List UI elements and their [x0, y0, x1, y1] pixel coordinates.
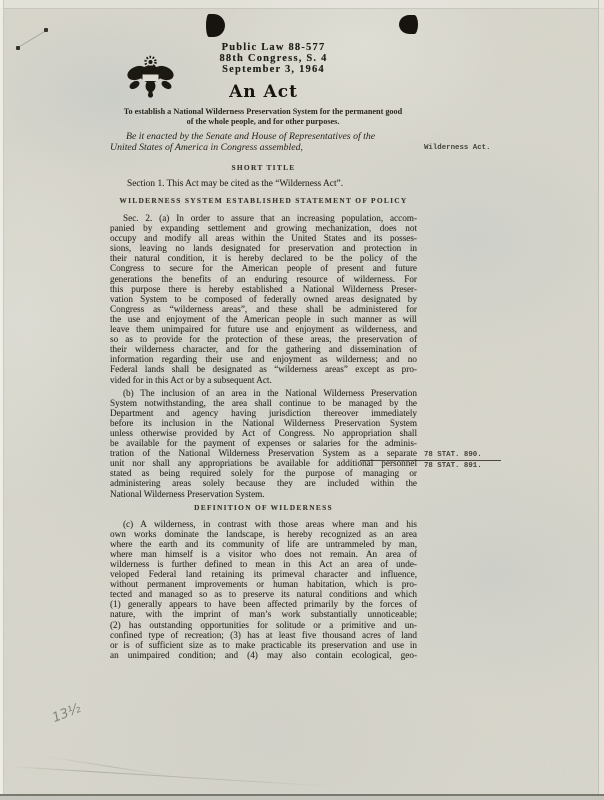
- print-line: be available for the payment of expenses…: [110, 438, 417, 448]
- print-line: panied by expanding settlement and growi…: [110, 223, 417, 233]
- preamble-line: To establish a National Wilderness Prese…: [103, 107, 423, 117]
- paragraph-sec-2c: (c) A wilderness, in contrast with those…: [110, 519, 417, 660]
- print-line: Congress as “wilderness areas”, and thes…: [110, 304, 417, 314]
- margin-note-stat-891: 78 STAT. 891.: [424, 462, 482, 470]
- enacting-clause: Be it enacted by the Senate and House of…: [110, 132, 417, 154]
- print-line: information regarding their use and enjo…: [110, 354, 417, 364]
- punch-hole-right: [399, 15, 418, 34]
- print-line: unit nor shall any appropriations be ava…: [110, 458, 417, 468]
- print-line: without permanent improvements or human …: [110, 579, 417, 589]
- print-line: before its inclusion in the National Wil…: [110, 418, 417, 428]
- print-line: tected and managed so as to preserve its…: [110, 589, 417, 599]
- print-line: tration of the National Wilderness Prese…: [110, 448, 417, 458]
- print-line: generations the benefits of an enduring …: [110, 274, 417, 284]
- margin-note-stat-890: 78 STAT. 890.: [424, 451, 482, 459]
- print-line: where the earth and its community of lif…: [110, 539, 417, 549]
- scan-edge-right: [598, 0, 604, 800]
- print-line: sions, leaving no lands designated for p…: [110, 243, 417, 253]
- scan-edge-bottom: [0, 794, 604, 800]
- print-line: (1) generally appears to have been affec…: [110, 599, 417, 609]
- enacting-line: United States of America in Congress ass…: [110, 143, 417, 154]
- print-line: wilderness is further defined to mean in…: [110, 559, 417, 569]
- preamble: To establish a National Wilderness Prese…: [103, 107, 423, 126]
- act-title: An Act: [110, 82, 417, 102]
- scan-edge-top: [0, 0, 604, 9]
- print-line: Sec. 2. (a) In order to assure that an i…: [110, 213, 417, 223]
- scanned-document-page: Public Law 88-577 88th Congress, S. 4 Se…: [0, 0, 604, 800]
- heading-short-title: SHORT TITLE: [110, 164, 417, 172]
- print-line: their wilderness character, and for the …: [110, 344, 417, 354]
- scan-edge-left: [0, 0, 4, 800]
- staple-dot: [16, 46, 20, 50]
- print-line: National Wilderness Preservation System.: [110, 489, 417, 499]
- paragraph-sec-2a: Sec. 2. (a) In order to assure that an i…: [110, 213, 417, 385]
- print-line: Federal lands shall be designated as “wi…: [110, 364, 417, 374]
- print-line: their natural condition, it is hereby de…: [110, 253, 417, 263]
- print-line: stated as being required solely for the …: [110, 468, 417, 478]
- print-line: leave them unimpaired for future use and…: [110, 324, 417, 334]
- print-line: (c) A wilderness, in contrast with those…: [110, 519, 417, 529]
- print-line: Congress to secure for the American peop…: [110, 263, 417, 273]
- print-line: unless otherwise provided by Act of Cong…: [110, 428, 417, 438]
- heading-policy: WILDERNESS SYSTEM ESTABLISHED STATEMENT …: [110, 197, 417, 205]
- print-line: own works dominate the landscape, is her…: [110, 529, 417, 539]
- margin-note-wilderness-act: Wilderness Act.: [424, 144, 491, 152]
- print-line: so as to provide for the protection of t…: [110, 334, 417, 344]
- print-line: vation System to be composed of federall…: [110, 294, 417, 304]
- paragraph-sec-2b: (b) The inclusion of an area in the Nati…: [110, 388, 417, 499]
- print-line: veloped Federal land retaining its prime…: [110, 569, 417, 579]
- print-line: where man himself is a visitor who does …: [110, 549, 417, 559]
- print-line: (b) The inclusion of an area in the Nati…: [110, 388, 417, 398]
- print-line: nature, with the imprint of man’s work s…: [110, 609, 417, 619]
- print-line: an unimpaired condition; and (4) may als…: [110, 650, 417, 660]
- print-line: the use and enjoyment of the American pe…: [110, 314, 417, 324]
- print-line: vided for in this Act or by a subsequent…: [110, 375, 417, 385]
- staple-mark: [18, 30, 47, 48]
- section-1-text: Section 1. This Act may be cited as the …: [110, 179, 417, 189]
- print-line: Department and agency having jurisdictio…: [110, 408, 417, 418]
- print-line: confined type of recreation; (3) has at …: [110, 630, 417, 640]
- pencil-annotation: 13½: [50, 701, 83, 726]
- law-number: Public Law 88-577: [120, 42, 427, 53]
- print-line: (2) has outstanding opportunities for so…: [110, 620, 417, 630]
- print-line: System notwithstanding, the area shall c…: [110, 398, 417, 408]
- print-line: this purpose there is hereby established…: [110, 284, 417, 294]
- crease-line: [40, 755, 178, 778]
- statute-text-column: SHORT TITLE Section 1. This Act may be c…: [110, 164, 417, 660]
- print-line: administering areas solely because they …: [110, 478, 417, 488]
- heading-definition: DEFINITION OF WILDERNESS: [110, 504, 417, 512]
- print-line: occupy and modify all areas within the U…: [110, 233, 417, 243]
- preamble-line: of the whole people, and for other purpo…: [103, 117, 423, 127]
- punch-hole-left: [206, 14, 225, 37]
- staple-dot: [44, 28, 48, 32]
- print-line: or is of sufficient size as to make prac…: [110, 640, 417, 650]
